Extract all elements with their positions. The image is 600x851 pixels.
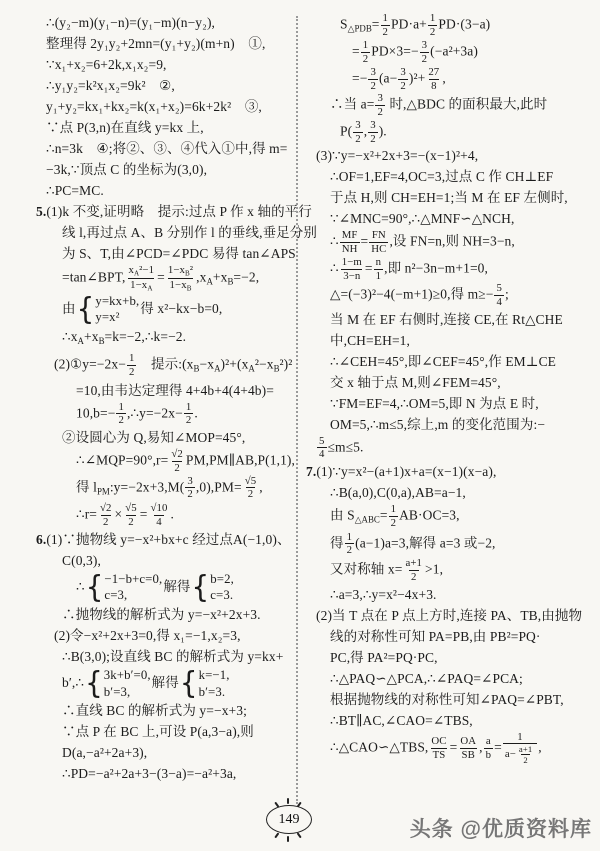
fraction: a+12 <box>403 557 424 583</box>
fraction: OCTS <box>429 735 448 761</box>
fraction: 12 <box>361 39 371 65</box>
text-line: ∴直线 BC 的解析式为 y=−x+3; <box>62 700 298 721</box>
fraction: 12 <box>184 401 194 427</box>
text-line: D(a,−a²+2a+3), <box>62 742 298 763</box>
text-line: ∴∠MQP=90°,r=√22PM,PM∥AB,P(1,1), <box>76 448 298 474</box>
page-number-sunburst: 149 <box>256 797 320 843</box>
fraction: 12 <box>428 12 438 38</box>
text-line: ∴a=3,∴y=x²−4x+3. <box>330 584 594 605</box>
text-line: △=(−3)²−4(−m+1)≥0,得 m≥−54; <box>330 282 594 308</box>
text-line: =12PD×3=−32(−a²+3a) <box>352 39 594 65</box>
text-line: 交 x 轴于点 M,则∠FEM=45°, <box>330 372 594 393</box>
brace-system: {−1−b+c=0,c=3, <box>86 571 163 604</box>
text-line: ∴y₁y₂=k²x₁x₂=9k² ②, <box>46 75 298 96</box>
fraction: 12 <box>389 503 399 529</box>
fraction: 12 <box>127 352 137 378</box>
workbook-answer-page: ∴(y₂−m)(y₁−n)=(y₁−m)(n−y₂),整理得 2y₁y₂+2mn… <box>0 0 600 851</box>
column-divider <box>296 16 298 804</box>
text-line: ∴抛物线的解析式为 y=−x²+2x+3. <box>62 604 298 625</box>
text-line: b′,∴{3k+b′=0,b′=3,解得{k=−1,b′=3. <box>62 667 298 700</box>
text-line: (2)令−x²+2x+3=0,得 x₁=−1,x₂=3, <box>54 625 298 646</box>
sunburst-tick <box>287 798 289 804</box>
text-line: ∴B(a,0),C(0,a),AB=a−1, <box>330 482 594 503</box>
fraction: 12 <box>381 12 391 38</box>
fraction: 1−m3−n <box>340 256 364 282</box>
text-line: 得12(a−1)a=3,解得 a=3 或−2, <box>330 531 594 557</box>
text-line: 54≤m≤5. <box>316 435 594 461</box>
text-line: 根据抛物线的对称性可知∠PAQ=∠PBT, <box>330 689 594 710</box>
text-line: 7.(1)∵y=x²−(a+1)x+a=(x−1)(x−a), <box>306 461 594 482</box>
fraction: 32 <box>368 119 378 145</box>
text-line: =tan∠BPT,xA²−11−xA=1−xB²1−xB,xA+xB=−2, <box>62 264 298 293</box>
text-line: 中,CH=EH=1, <box>330 330 594 351</box>
text-line: 为 S、T,由∠PCD=∠PDC 易得 tan∠APS <box>62 243 298 264</box>
text-line: ∴MFNH=FNHC,设 FN=n,则 NH=3−n, <box>330 229 594 255</box>
brace-system: {b=2,c=3. <box>192 571 234 604</box>
text-line: ∵x₁+x₂=6+2k,x₁x₂=9, <box>46 54 298 75</box>
text-line: 10,b=−12,∴y=−2x−12. <box>76 401 298 427</box>
text-line: ∴1−m3−n=n1,即 n²−3n−m+1=0, <box>330 256 594 282</box>
fraction: 54 <box>317 435 327 461</box>
text-line: ∵∠MNC=90°,∴△MNF∽△NCH, <box>330 208 594 229</box>
text-line: P(32,32). <box>340 119 594 145</box>
fraction: MFNH <box>340 229 360 255</box>
right-column: S△PDB=12PD·a+12PD·(3−a)=12PD×3=−32(−a²+3… <box>308 12 594 766</box>
fraction: 54 <box>494 282 504 308</box>
fraction: 32 <box>368 66 378 92</box>
fraction: √22 <box>169 448 185 474</box>
text-line: −3k,∵顶点 C 的坐标为(3,0), <box>46 159 298 180</box>
text-line: ∵点 P 在 BC 上,可设 P(a,3−a),则 <box>62 721 298 742</box>
fraction: OASB <box>458 735 478 761</box>
text-line: ∵FM=EF=4,∴OM=5,即 N 为点 E 时, <box>330 393 594 414</box>
text-line: y₁+y₂=kx₁+kx₂=k(x₁+x₂)=6k+2k² ③, <box>46 96 298 117</box>
text-line: ∴当 a=32 时,△BDC 的面积最大,此时 <box>330 92 594 118</box>
text-line: 得 lPM:y=−2x+3,M(32,0),PM=√52, <box>76 475 298 502</box>
text-line: 线的对称性可知 PA=PB,由 PB²=PQ· <box>330 626 594 647</box>
text-line: ∴∠CEH=45°,即∠CEF=45°,作 EM⊥CE <box>330 351 594 372</box>
fraction: 1−xB²1−xB <box>166 264 195 293</box>
sunburst-tick <box>297 832 302 838</box>
text-line: 由 S△ABC=12AB·OC=3, <box>330 503 594 530</box>
fraction: n1 <box>374 256 384 282</box>
text-line: ∴PC=MC. <box>46 180 298 201</box>
text-line: ∴n=3k ④;将②、③、④代入①中,得 m= <box>46 138 298 159</box>
text-line: ∴BT∥AC,∠CAO=∠TBS, <box>330 710 594 731</box>
fraction: 1a−a+12 <box>503 731 537 766</box>
brace-system: {k=−1,b′=3. <box>180 667 230 700</box>
text-line: ∴r=√22×√52=√104. <box>76 502 298 528</box>
text-line: (2)当 T 点在 P 点上方时,连接 PA、TB,由抛物 <box>316 605 594 626</box>
text-line: (3)∵y=−x²+2x+3=−(x−1)²+4, <box>316 145 594 166</box>
text-line: ∴△PAQ∽△PCA,∴∠PAQ=∠PCA; <box>330 668 594 689</box>
fraction: √52 <box>243 475 259 501</box>
text-line: PC,得 PA²=PQ·PC, <box>330 647 594 668</box>
text-line: =10,由韦达定理得 4+4b+4(4+4b)= <box>76 380 298 401</box>
text-line: =−32(a−32)²+278, <box>352 66 594 92</box>
text-line: 又对称轴 x=a+12>1, <box>330 557 594 583</box>
page-number: 149 <box>266 805 312 834</box>
text-line: ∵点 P(3,n)在直线 y=kx 上, <box>46 117 298 138</box>
text-line: ∴PD=−a²+2a+3−(3−a)=−a²+3a, <box>62 763 298 784</box>
text-line: OM=5,∴m≤5,综上,m 的变化范围为:− <box>330 414 594 435</box>
sunburst-tick <box>274 832 279 838</box>
fraction: a+12 <box>517 744 534 765</box>
text-line: 整理得 2y₁y₂+2mn=(y₁+y₂)(m+n) ①, <box>46 33 298 54</box>
fraction: 32 <box>185 475 195 501</box>
text-line: 6.(1)∵抛物线 y=−x²+bx+c 经过点A(−1,0)、 <box>36 529 298 550</box>
text-line: ∴(y₂−m)(y₁−n)=(y₁−m)(n−y₂), <box>46 12 298 33</box>
text-line: 当 M 在 EF 右侧时,连接 CE,在 Rt△CHE <box>330 309 594 330</box>
text-line: 5.(1)k 不变,证明略 提示:过点 P 作 x 轴的平行 <box>36 201 298 222</box>
text-line: ②设圆心为 Q,易知∠MOP=45°, <box>62 427 298 448</box>
fraction: √104 <box>149 502 170 528</box>
brace-system: {y=kx+b,y=x² <box>77 293 140 326</box>
brace-system: {3k+b′=0,b′=3, <box>85 667 151 700</box>
left-column: ∴(y₂−m)(y₁−n)=(y₁−m)(n−y₂),整理得 2y₁y₂+2mn… <box>34 12 298 784</box>
sunburst-tick <box>287 836 289 842</box>
text-line: (2)①y=−2x−12 提示:(xB−xA)²+(xA²−xB²)² <box>54 352 298 379</box>
fraction: 32 <box>420 39 430 65</box>
fraction: xA²−11−xA <box>126 264 156 293</box>
text-line: ∴xA+xB=k=−2,∴k=−2. <box>62 326 298 352</box>
text-line: 线 l,再过点 A、B 分别作 l 的垂线,垂足分别 <box>62 222 298 243</box>
fraction: 12 <box>345 531 355 557</box>
fraction: 32 <box>375 92 385 118</box>
text-line: 由{y=kx+b,y=x²得 x²−kx−b=0, <box>62 293 298 326</box>
fraction: ab <box>484 735 494 761</box>
text-line: 于点 H,则 CH=EH=1;当 M 在 EF 左侧时, <box>330 187 594 208</box>
fraction: 278 <box>426 66 441 92</box>
fraction: 32 <box>353 119 363 145</box>
text-line: ∴△CAO∽△TBS,OCTS=OASB,ab=1a−a+12, <box>330 731 594 766</box>
text-line: S△PDB=12PD·a+12PD·(3−a) <box>340 12 594 39</box>
fraction: 32 <box>398 66 408 92</box>
fraction: √52 <box>123 502 139 528</box>
fraction: √22 <box>98 502 114 528</box>
fraction: FNHC <box>369 229 388 255</box>
text-line: ∴OF=1,EF=4,OC=3,过点 C 作 CH⊥EF <box>330 166 594 187</box>
fraction: 12 <box>116 401 126 427</box>
text-line: ∴{−1−b+c=0,c=3,解得{b=2,c=3. <box>76 571 298 604</box>
watermark-text: 头条 @优质资料库 <box>410 813 592 843</box>
